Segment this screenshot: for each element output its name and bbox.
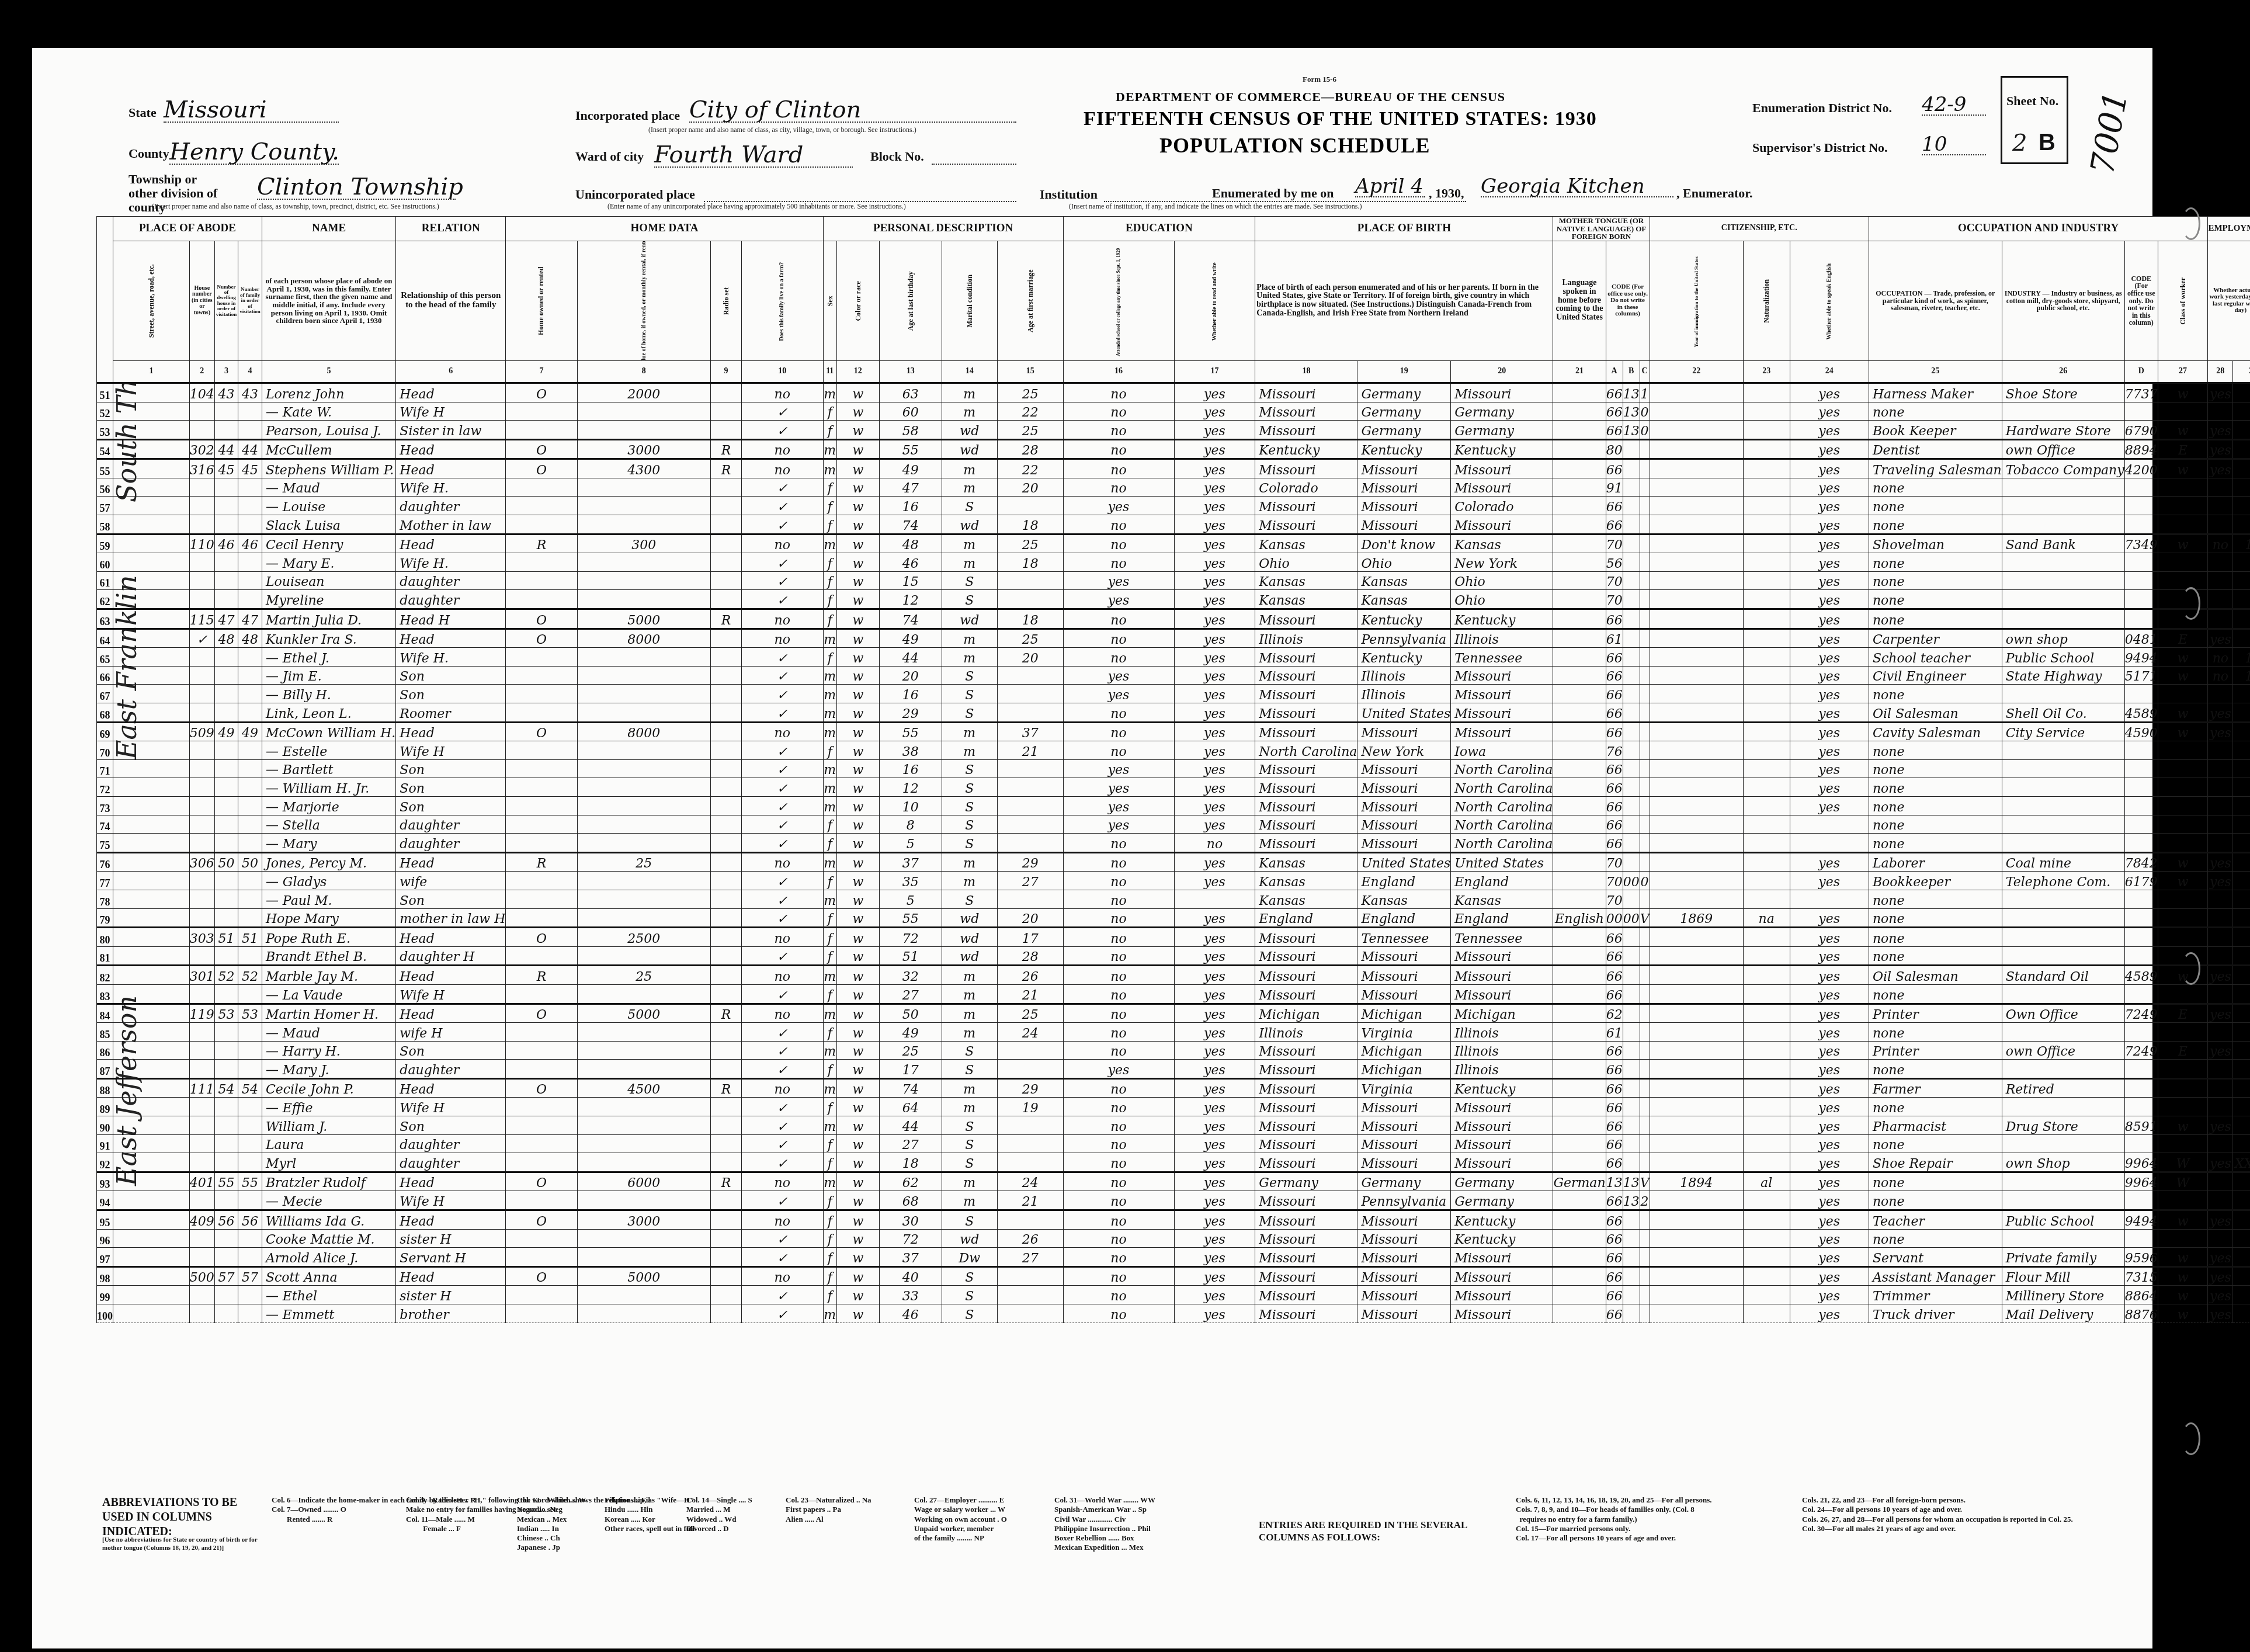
dwelling-number-cell: 43 [214,383,238,402]
column-number: 21 [1553,360,1606,383]
column-number: A [1606,360,1623,383]
naturalization-cell [1743,759,1790,778]
race-cell: w [836,872,879,890]
birthplace-person-cell: England [1255,908,1357,928]
industry-cell [2002,908,2124,928]
occupation-code-cell [2124,515,2158,535]
birthplace-person-cell: Kentucky [1255,439,1357,459]
relation-cell: Servant H [396,1248,506,1267]
occupation-code-cell [2124,1098,2158,1116]
abbrev-col12b: Filipino .... Fil Hindu ...... Hin Korea… [605,1495,695,1533]
code-b-cell [1623,1060,1640,1079]
birthplace-person-cell: Missouri [1255,685,1357,703]
naturalization-cell [1743,1023,1790,1042]
occupation-code-cell [2124,402,2158,421]
birthplace-person-cell: Missouri [1255,1210,1357,1230]
col-3-header: Number of dwelling house in order of vis… [214,241,238,360]
code-b-cell [1623,852,1640,872]
radio-cell [711,778,742,797]
age-cell: 74 [879,515,942,535]
at-work-cell [2208,928,2233,947]
race-cell: w [836,1004,879,1023]
race-cell: w [836,703,879,723]
code-c-cell [1640,534,1650,553]
marital-cell: S [942,796,997,815]
code-c-cell [1640,497,1650,515]
read-write-cell: yes [1174,1229,1255,1248]
birthplace-mother-cell: Missouri [1451,1116,1553,1135]
at-work-cell [2208,1229,2233,1248]
name-cell: Marble Jay M. [262,966,395,985]
mother-tongue-cell [1553,571,1606,590]
code-a-cell: 66 [1606,421,1623,440]
dwelling-number-cell [214,1134,238,1153]
family-number-cell [238,421,262,440]
sex-cell: m [823,1078,836,1098]
age-first-marriage-cell [997,685,1063,703]
mother-tongue-cell [1553,478,1606,497]
owned-rented-cell: O [506,928,577,947]
birthplace-person-cell: Kansas [1255,534,1357,553]
birthplace-father-cell: Tennessee [1357,928,1451,947]
radio-cell [711,946,742,966]
immigration-year-cell [1650,534,1743,553]
home-value-cell [577,759,711,778]
age-cell: 12 [879,778,942,797]
township-note: (Insert proper name and also name of cla… [152,202,439,211]
farm-cell: ✓ [741,421,823,440]
speaks-english-cell: yes [1790,1004,1869,1023]
birthplace-mother-cell: Missouri [1451,1286,1553,1304]
read-write-cell: yes [1174,1116,1255,1135]
speaks-english-cell: yes [1790,1266,1869,1286]
occupation-code-cell [2124,553,2158,572]
school-cell: yes [1063,1060,1174,1079]
home-value-cell: 2500 [577,928,711,947]
street-cell [113,1266,190,1286]
unemployment-line-cell [2233,759,2250,778]
table-row: 56— MaudWife H.✓fw47m20noyesColoradoMiss… [97,478,2250,497]
age-first-marriage-cell [997,759,1063,778]
institution-label: Institution [1040,187,1098,202]
naturalization-cell [1743,571,1790,590]
occupation-code-cell [2124,984,2158,1004]
race-cell: w [836,515,879,535]
street-cell [113,1229,190,1248]
school-cell: no [1063,1172,1174,1191]
birthplace-father-cell: Missouri [1357,1134,1451,1153]
birthplace-father-cell: New York [1357,741,1451,760]
unemployment-line-cell [2233,515,2250,535]
immigration-year-cell [1650,1004,1743,1023]
marital-cell: m [942,553,997,572]
sex-cell: m [823,759,836,778]
home-value-cell [577,778,711,797]
column-number: 24 [1790,360,1869,383]
unemployment-line-cell: XXXX [2233,1153,2250,1172]
column-number: 12 [836,360,879,383]
age-cell: 35 [879,872,942,890]
age-first-marriage-cell: 28 [997,946,1063,966]
birthplace-mother-cell: North Carolina [1451,778,1553,797]
age-first-marriage-cell: 25 [997,383,1063,402]
occupation-cell: none [1869,928,2002,947]
punch-hole [2182,952,2200,985]
industry-cell [2002,553,2124,572]
home-value-cell: 3000 [577,1210,711,1230]
age-first-marriage-cell [997,890,1063,908]
naturalization-cell [1743,383,1790,402]
code-c-cell [1640,1286,1650,1304]
occupation-cell: School teacher [1869,648,2002,667]
line-number: 61 [97,571,113,590]
sheet-letter: B [2039,130,2055,156]
dwelling-number-cell [214,872,238,890]
immigration-year-cell [1650,1134,1743,1153]
code-note: CODE (For office use only. Do not write … [1606,241,1650,360]
race-cell: w [836,1304,879,1323]
group-personal: PERSONAL DESCRIPTION [823,217,1063,241]
family-number-cell [238,497,262,515]
sex-cell: f [823,648,836,667]
mother-tongue-cell [1553,1004,1606,1023]
age-first-marriage-cell: 21 [997,984,1063,1004]
occupation-code-cell [2124,890,2158,908]
table-row: 70— EstelleWife H✓fw38m21noyesNorth Caro… [97,741,2250,760]
group-occupation: OCCUPATION AND INDUSTRY [1869,217,2207,241]
line-number: 85 [97,1023,113,1042]
home-value-cell [577,741,711,760]
name-cell: Jones, Percy M. [262,852,395,872]
col-27-header: Class of worker [2158,241,2208,360]
immigration-year-cell [1650,1153,1743,1172]
unemployment-line-cell [2233,946,2250,966]
code-b-cell [1623,1023,1640,1042]
speaks-english-cell: yes [1790,648,1869,667]
family-number-cell: 50 [238,852,262,872]
sex-cell: f [823,609,836,629]
col-25-header: OCCUPATION — Trade, profession, or parti… [1869,241,2002,360]
immigration-year-cell [1650,629,1743,648]
farm-cell: ✓ [741,834,823,853]
farm-cell: no [741,439,823,459]
line-number: 67 [97,685,113,703]
punch-hole [2182,1422,2200,1455]
farm-cell: ✓ [741,1023,823,1042]
speaks-english-cell: yes [1790,1286,1869,1304]
age-first-marriage-cell [997,1266,1063,1286]
radio-cell [711,383,742,402]
name-cell: — Billy H. [262,685,395,703]
age-first-marriage-cell: 22 [997,402,1063,421]
street-cell [113,852,190,872]
line-number: 53 [97,421,113,440]
family-number-cell [238,1023,262,1042]
farm-cell: ✓ [741,778,823,797]
at-work-cell [2208,1172,2233,1191]
marital-cell: S [942,590,997,609]
school-cell: no [1063,1153,1174,1172]
owned-rented-cell: O [506,1210,577,1230]
race-cell: w [836,946,879,966]
school-cell: no [1063,1266,1174,1286]
line-number: 86 [97,1041,113,1060]
house-number-cell: 316 [189,459,214,478]
name-cell: — Maud [262,1023,395,1042]
relation-cell: daughter [396,497,506,515]
naturalization-cell [1743,928,1790,947]
code-c-cell [1640,722,1650,741]
code-c-cell [1640,1229,1650,1248]
family-number-cell [238,685,262,703]
speaks-english-cell: yes [1790,984,1869,1004]
relation-cell: Wife H. [396,478,506,497]
farm-cell: ✓ [741,1153,823,1172]
birthplace-mother-cell: North Carolina [1451,815,1553,834]
unemployment-line-cell [2233,629,2250,648]
house-number-cell [189,515,214,535]
unemployment-line-cell [2233,1078,2250,1098]
column-number: 7 [506,360,577,383]
name-cell: — Emmett [262,1304,395,1323]
birthplace-mother-cell: Missouri [1451,666,1553,685]
home-value-cell: 8000 [577,629,711,648]
dwelling-number-cell: 45 [214,459,238,478]
birthplace-father-cell: Missouri [1357,515,1451,535]
immigration-year-cell [1650,815,1743,834]
school-cell: no [1063,459,1174,478]
state-value: Missouri [164,98,339,123]
industry-cell [2002,1229,2124,1248]
code-a-cell: 66 [1606,815,1623,834]
code-b-cell [1623,1248,1640,1267]
speaks-english-cell: yes [1790,759,1869,778]
enumerated-label: Enumerated by me on [1212,186,1334,201]
at-work-cell [2208,553,2233,572]
name-cell: McCown William H. [262,722,395,741]
farm-cell: ✓ [741,872,823,890]
class-of-worker-cell [2158,778,2208,797]
dwelling-number-cell [214,796,238,815]
table-row: 53Pearson, Louisa J.Sister in law✓fw58wd… [97,421,2250,440]
at-work-cell: yes [2208,1304,2233,1323]
speaks-english-cell: yes [1790,478,1869,497]
code-c-cell [1640,1248,1650,1267]
speaks-english-cell [1790,890,1869,908]
name-cell: Slack Luisa [262,515,395,535]
family-number-cell [238,984,262,1004]
column-number: 13 [879,360,942,383]
occupation-cell: none [1869,685,2002,703]
age-first-marriage-cell [997,1116,1063,1135]
table-row: 511044343Lorenz JohnHeadO2000nomw63m25no… [97,383,2250,402]
birthplace-father-cell: Germany [1357,402,1451,421]
mother-tongue-cell [1553,703,1606,723]
unemployment-line-cell [2233,571,2250,590]
column-number: 8 [577,360,711,383]
code-c-cell [1640,609,1650,629]
mother-tongue-cell [1553,609,1606,629]
occupation-code-cell [2124,478,2158,497]
house-number-cell [189,741,214,760]
code-b-cell [1623,1004,1640,1023]
read-write-cell: yes [1174,383,1255,402]
naturalization-cell [1743,439,1790,459]
immigration-year-cell [1650,759,1743,778]
farm-cell: ✓ [741,1060,823,1079]
home-value-cell [577,648,711,667]
speaks-english-cell: yes [1790,1078,1869,1098]
naturalization-cell [1743,1248,1790,1267]
house-number-cell [189,984,214,1004]
sex-cell: m [823,534,836,553]
code-c-cell [1640,648,1650,667]
family-number-cell: 43 [238,383,262,402]
table-row: 61Louiseandaughter✓fw15SyesyesKansasKans… [97,571,2250,590]
home-value-cell [577,571,711,590]
relation-cell: daughter [396,1134,506,1153]
sex-cell: m [823,722,836,741]
marital-cell: wd [942,515,997,535]
house-number-cell: 500 [189,1266,214,1286]
occupation-code-cell [2124,1078,2158,1098]
owned-rented-cell [506,515,577,535]
marital-cell: S [942,1266,997,1286]
occupation-cell: Printer [1869,1041,2002,1060]
class-of-worker-cell: E [2158,1004,2208,1023]
code-c-cell [1640,629,1650,648]
family-number-cell [238,515,262,535]
owned-rented-cell [506,1134,577,1153]
speaks-english-cell: yes [1790,402,1869,421]
home-value-cell: 25 [577,966,711,985]
table-row: 62Myrelinedaughter✓fw12SyesyesKansasKans… [97,590,2250,609]
school-cell: no [1063,402,1174,421]
sex-cell: f [823,553,836,572]
owned-rented-cell: O [506,1172,577,1191]
race-cell: w [836,1286,879,1304]
dwelling-number-cell [214,1248,238,1267]
occupation-cell: Bookkeeper [1869,872,2002,890]
birthplace-person-cell: Missouri [1255,703,1357,723]
speaks-english-cell [1790,834,1869,853]
age-first-marriage-cell [997,703,1063,723]
age-first-marriage-cell: 25 [997,1004,1063,1023]
col-9-header: Radio set [711,241,742,360]
age-first-marriage-cell: 27 [997,872,1063,890]
at-work-cell [2208,1023,2233,1042]
owned-rented-cell [506,872,577,890]
naturalization-cell [1743,796,1790,815]
birthplace-person-cell: Missouri [1255,815,1357,834]
dwelling-number-cell [214,815,238,834]
sex-cell: m [823,852,836,872]
code-c-cell [1640,984,1650,1004]
home-value-cell: 2000 [577,383,711,402]
street-cell [113,1004,190,1023]
line-number: 70 [97,741,113,760]
read-write-cell: yes [1174,966,1255,985]
naturalization-cell [1743,1116,1790,1135]
naturalization-cell [1743,590,1790,609]
marital-cell: wd [942,439,997,459]
home-value-cell [577,590,711,609]
family-number-cell [238,1041,262,1060]
house-number-cell: 306 [189,852,214,872]
age-cell: 63 [879,383,942,402]
owned-rented-cell [506,1304,577,1323]
occupation-cell: Assistant Manager [1869,1266,2002,1286]
marital-cell: m [942,1004,997,1023]
abbrev-col12: Col. 12—White .... W Negro ..... Neg Mex… [517,1495,586,1553]
occupation-cell: none [1869,478,2002,497]
code-b-cell [1623,796,1640,815]
speaks-english-cell: yes [1790,1229,1869,1248]
birthplace-father-cell: Missouri [1357,1153,1451,1172]
immigration-year-cell [1650,1191,1743,1210]
dwelling-number-cell [214,666,238,685]
code-a-cell: 61 [1606,1023,1623,1042]
speaks-english-cell: yes [1790,946,1869,966]
age-first-marriage-cell [997,1041,1063,1060]
read-write-cell: yes [1174,815,1255,834]
relation-cell: Head [396,1172,506,1191]
group-name: NAME [262,217,395,241]
sex-cell: m [823,383,836,402]
speaks-english-cell: yes [1790,966,1869,985]
street-cell [113,1023,190,1042]
occupation-cell: none [1869,1060,2002,1079]
farm-cell: ✓ [741,703,823,723]
birthplace-father-cell: Missouri [1357,1248,1451,1267]
code-c-cell [1640,439,1650,459]
street-cell [113,778,190,797]
immigration-year-cell [1650,834,1743,853]
marital-cell: m [942,648,997,667]
occupation-cell: Carpenter [1869,629,2002,648]
race-cell: w [836,984,879,1004]
naturalization-cell [1743,459,1790,478]
birthplace-father-cell: Illinois [1357,666,1451,685]
race-cell: w [836,834,879,853]
name-cell: — Maud [262,478,395,497]
class-of-worker-cell [2158,759,2208,778]
family-number-cell: 55 [238,1172,262,1191]
ward-value: Fourth Ward [654,143,853,168]
class-of-worker-cell [2158,984,2208,1004]
radio-cell [711,590,742,609]
read-write-cell: yes [1174,796,1255,815]
at-work-cell: yes [2208,459,2233,478]
group-abode: PLACE OF ABODE [113,217,262,241]
class-of-worker-cell [2158,890,2208,908]
at-work-cell [2208,890,2233,908]
race-cell: w [836,1172,879,1191]
age-first-marriage-cell: 18 [997,609,1063,629]
farm-cell: ✓ [741,571,823,590]
birthplace-mother-cell: Germany [1451,1191,1553,1210]
unemployment-line-cell [2233,796,2250,815]
owned-rented-cell [506,1098,577,1116]
house-number-cell [189,1304,214,1323]
home-value-cell: 8000 [577,722,711,741]
speaks-english-cell: yes [1790,534,1869,553]
unemployment-line-cell [2233,1004,2250,1023]
code-c-cell [1640,1098,1650,1116]
industry-cell [2002,478,2124,497]
owned-rented-cell [506,815,577,834]
birthplace-mother-cell: Missouri [1451,1153,1553,1172]
